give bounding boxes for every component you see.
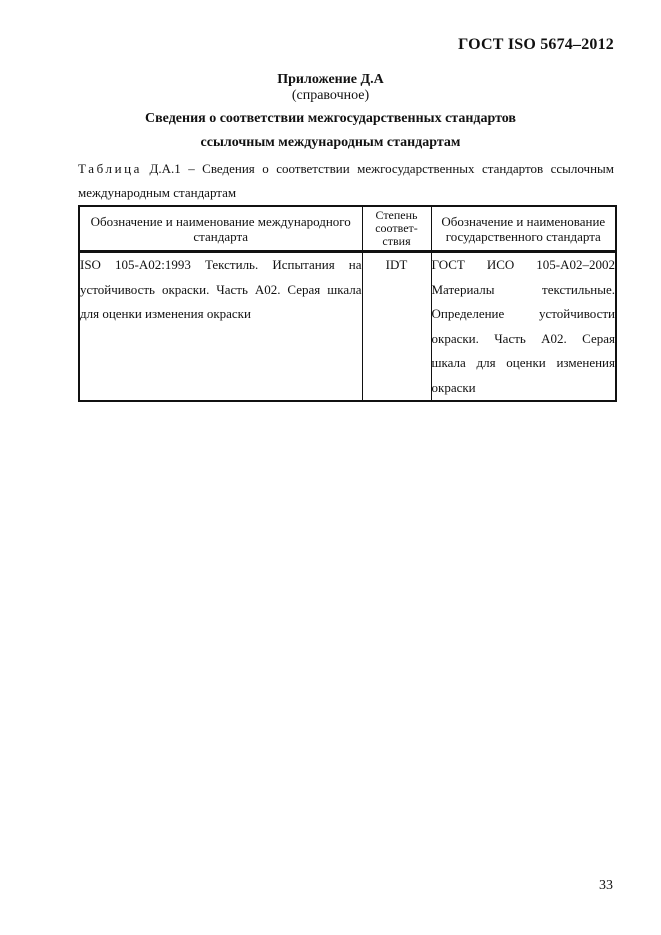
- section-title-line-1: Сведения о соответствии межгосударственн…: [0, 111, 661, 127]
- table-caption-prefix: Таблица: [78, 161, 142, 176]
- standards-correspondence-table: Обозначение и наименование международног…: [78, 205, 617, 402]
- appendix-kind: (справочное): [0, 88, 661, 104]
- table-row: ISO 105-A02:1993 Текстиль. Испытания на …: [79, 252, 616, 402]
- header-international-standard: Обозначение и наименование международног…: [79, 206, 362, 252]
- table-caption-text: Д.А.1 – Сведения о соответствии межгосуд…: [78, 161, 614, 200]
- appendix-title: Приложение Д.А: [0, 72, 661, 88]
- section-title-line-2: ссылочным международным стандартам: [0, 135, 661, 151]
- cell-international-standard: ISO 105-A02:1993 Текстиль. Испытания на …: [79, 252, 362, 402]
- page-number: 33: [599, 878, 613, 894]
- table-caption: Таблица Д.А.1 – Сведения о соответствии …: [78, 157, 614, 205]
- document-code: ГОСТ ISO 5674–2012: [458, 36, 614, 54]
- header-national-standard: Обозначение и наименование государственн…: [431, 206, 616, 252]
- table-header-row: Обозначение и наименование международног…: [79, 206, 616, 252]
- cell-degree-of-correspondence: IDT: [362, 252, 431, 402]
- cell-national-standard: ГОСТ ИСО 105-А02–2002 Материалы текстиль…: [431, 252, 616, 402]
- header-degree-of-correspondence: Степень соответ-ствия: [362, 206, 431, 252]
